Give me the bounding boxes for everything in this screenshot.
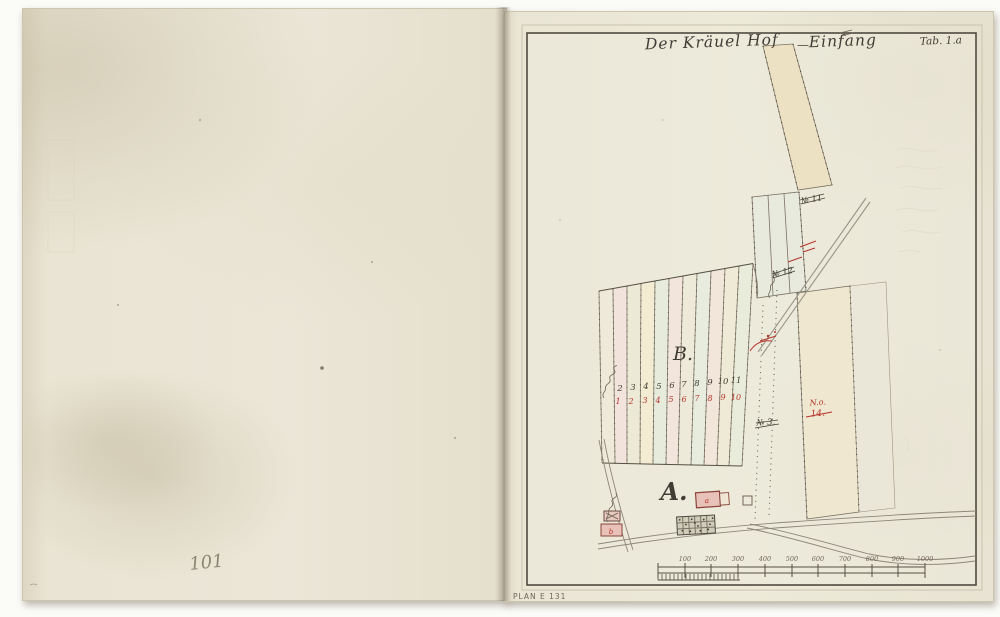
parcel-label-no14-line2: 14. — [810, 409, 825, 420]
strip-number-black: 6 — [669, 381, 675, 391]
scale-label: 700 — [839, 555, 851, 563]
strip-number-black: 2 — [616, 384, 622, 394]
scale-label: 800 — [866, 555, 878, 563]
pencil-page-number: 101 — [188, 550, 224, 574]
scale-label: 400 — [758, 555, 771, 563]
building-letter-a: a — [704, 496, 709, 505]
scale-label: 600 — [812, 555, 824, 563]
map-title-separator: — — [797, 38, 809, 52]
strip-number-red: 1 — [615, 397, 620, 406]
scanned-plan-document: 100 200 300 400 500 600 700 800 900 1000… — [0, 0, 1000, 617]
strip-number-red: 10 — [731, 393, 741, 402]
archive-stamp: PLAN E 131 — [513, 592, 566, 601]
strip-number-black: 5 — [656, 382, 661, 392]
strip-number-black: 8 — [694, 379, 700, 389]
hatched-garden-plot — [677, 515, 716, 535]
strip-number-black: 3 — [630, 383, 635, 393]
section-a-label: A. — [659, 477, 688, 506]
parcel-label-no3: № 3. — [755, 418, 775, 429]
building-letter-b: b — [609, 528, 614, 536]
scale-label: 100 — [679, 555, 691, 563]
main-building — [695, 491, 729, 508]
strip-number-black: 10 — [718, 377, 729, 387]
scale-label: 900 — [892, 555, 904, 563]
strip-number-black: 9 — [707, 378, 713, 388]
strip-number-red: 6 — [681, 395, 686, 404]
strip-number-black: 4 — [642, 382, 648, 392]
section-b-label: B. — [672, 343, 693, 365]
scale-label: 300 — [732, 555, 744, 563]
scale-label: 1000 — [917, 555, 934, 563]
map-drawing: 100 200 300 400 500 600 700 800 900 1000… — [0, 0, 1000, 617]
strip-number-red: 9 — [720, 393, 725, 402]
strip-number-black: 11 — [731, 376, 742, 386]
strip-number-red: 5 — [668, 395, 673, 404]
tab-label: Tab. 1.a — [920, 34, 963, 47]
scale-label: 500 — [786, 555, 798, 563]
map-title-part2: Einfang — [807, 31, 877, 51]
strip-number-red: 3 — [642, 396, 647, 405]
parcel-label-no14-line1: N.o. — [808, 397, 826, 407]
strip-number-red: 4 — [654, 396, 660, 405]
scale-label: 200 — [704, 555, 717, 563]
strip-number-black: 7 — [681, 380, 687, 390]
strip-number-red: 8 — [707, 394, 712, 403]
strip-number-red: 2 — [627, 397, 633, 406]
parcel-strips-upper — [752, 192, 806, 298]
